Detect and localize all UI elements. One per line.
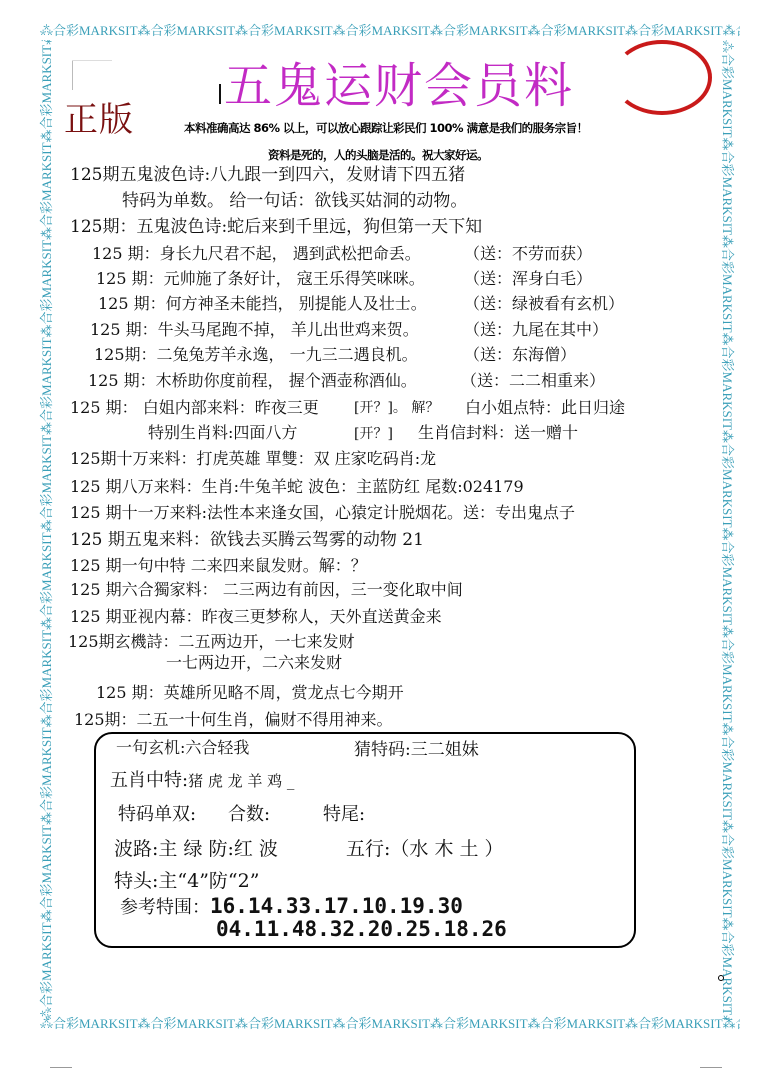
subtitle-motto: 资料是死的，人的头脑是活的。祝大家好运。 <box>268 147 488 163</box>
watermark-border-right: ⁂合彩MARKSIT⁂合彩MARKSIT⁂合彩MARKSIT⁂合彩MARKSIT… <box>718 40 736 1020</box>
parity-label: 特码单双: <box>118 804 196 825</box>
version-label: 正版 <box>64 92 134 141</box>
text-line: 125期：五鬼波色诗:蛇后来到千里远，狗但第一天下知 <box>70 217 482 237</box>
parity-row: 特码单双: <box>118 800 196 826</box>
reference-row: 参考特围：16.14.33.17.10.19.30 <box>120 893 463 919</box>
text-line: 125 期：身长九尺君不起， 遇到武松把命丢。 <box>92 244 421 264</box>
guess-row: 猜特码:三二姐妹 <box>354 735 479 760</box>
crop-mark-bottom-left <box>50 1067 72 1068</box>
head-row: 特头:主“4”防“2” <box>114 866 259 893</box>
reference-label: 参考特围： <box>120 897 210 918</box>
head-label: 特头: <box>114 870 158 892</box>
text-line-aside: （送：不劳而获） <box>464 244 592 264</box>
text-line-aside: （送：浑身白毛） <box>464 269 592 289</box>
text-line: 125期五鬼波色诗:八九跟一到四六，发财请下四五猪 <box>70 165 465 185</box>
text-line-aside: 白小姐点特：此日归途 <box>465 398 625 418</box>
text-line: 125 期：何方神圣未能挡， 别提能人及壮士。 <box>98 294 427 314</box>
wave-label: 波路: <box>114 838 158 860</box>
text-line-aside: （送：二二相重来） <box>461 371 605 391</box>
wave-value: 主 绿 防:红 波 <box>158 838 278 860</box>
head-value: 主“4”防“2” <box>158 870 259 892</box>
text-line: 特别生肖料:四面八方 <box>148 423 297 443</box>
five-zodiac-label: 五肖中特: <box>110 770 188 791</box>
text-line: 125 期亚视内幕：昨夜三更梦称人，天外直送黄金来 <box>70 607 442 627</box>
elements-label: 五行: <box>346 838 390 860</box>
text-line: 125 期：英雄所见略不周，赏龙点七今期开 <box>96 683 404 703</box>
page-title: 五鬼运财会员料 <box>224 58 574 114</box>
elements-row: 五行:（水 木 土 ） <box>346 834 504 861</box>
text-line: 125 期：木桥助你度前程， 握个酒壶称酒仙。 <box>88 371 417 391</box>
wave-row: 波路:主 绿 防:红 波 <box>114 834 278 861</box>
text-line: 125 期十一万来料:法性本来逢女国，心猿定计脱烟花。送：专出鬼点子 <box>70 503 575 523</box>
text-line: 125 期一句中特 二来四来鼠发财。解：？ <box>70 556 367 576</box>
reference-numbers-row2: 04.11.48.32.20.25.18.26 <box>216 917 507 941</box>
text-line-aside: 生肖信封料：送一赠十 <box>418 423 578 443</box>
reference-numbers-row1: 16.14.33.17.10.19.30 <box>210 894 463 918</box>
text-line: 125 期：元帅施了条好计， 寇王乐得笑咪咪。 <box>96 269 425 289</box>
tail-label: 特尾: <box>323 804 365 825</box>
text-line: 125 期六合獨家料： 二三两边有前因，三一变化取中间 <box>70 580 463 600</box>
text-line-mid: [开？]。 解？ <box>354 398 439 418</box>
tail-row: 特尾: <box>323 800 365 826</box>
sum-label: 合数: <box>228 804 270 825</box>
document-page: ⁂合彩MARKSIT⁂合彩MARKSIT⁂合彩MARKSIT⁂合彩MARKSIT… <box>0 0 774 1083</box>
text-line: 125期玄機詩：二五两边开，一七来发财 <box>68 632 355 652</box>
text-line-aside: （送：九尾在其中） <box>464 320 608 340</box>
decorative-line <box>72 60 112 61</box>
guess-value: 三二姐妹 <box>411 740 479 760</box>
text-line: 特码为单数。 给一句话：欲钱买姑洞的动物。 <box>122 191 467 211</box>
subtitle-accuracy: 本料准确高达 86% 以上，可以放心跟踪让彩民们 100% 满意是我们的服务宗旨… <box>184 120 588 136</box>
elements-value: （水 木 土 ） <box>390 838 503 860</box>
text-line: 125期：二兔兔芳羊永逸， 一九三二遇良机。 <box>94 345 418 365</box>
small-circle-icon <box>718 975 724 981</box>
text-line-aside: （送：东海僧） <box>464 345 576 365</box>
text-cursor <box>219 84 221 104</box>
riddle-label: 一句玄机: <box>116 738 185 757</box>
text-line: 125期十万来料：打虎英雄 單雙：双 庄家吃码肖:龙 <box>70 449 436 469</box>
text-line: 125 期八万来料：生肖:牛兔羊蛇 波色：主蓝防红 尾数:024179 <box>70 477 524 497</box>
text-line: 125期：二五一十何生肖，偏财不得用神来。 <box>74 710 393 730</box>
five-zodiac-value: 猪 虎 龙 羊 鸡 _ <box>188 772 294 790</box>
sum-row: 合数: <box>228 800 270 826</box>
watermark-border-top: ⁂合彩MARKSIT⁂合彩MARKSIT⁂合彩MARKSIT⁂合彩MARKSIT… <box>40 22 740 40</box>
riddle-value: 六合轻我 <box>185 738 249 757</box>
five-zodiac-row: 五肖中特:猪 虎 龙 羊 鸡 _ <box>110 766 294 792</box>
text-line: 一七两边开，二六来发财 <box>166 653 342 673</box>
text-line: 125 期：牛头马尾跑不掉， 羊儿出世鸡来贺。 <box>90 320 419 340</box>
red-stamp-icon <box>612 40 712 115</box>
riddle-row: 一句玄机:六合轻我 <box>116 735 249 758</box>
text-line-mid: [开？] <box>354 424 393 444</box>
watermark-border-bottom: ⁂合彩MARKSIT⁂合彩MARKSIT⁂合彩MARKSIT⁂合彩MARKSIT… <box>40 1015 740 1033</box>
text-line: 125 期： 白姐内部来料：昨夜三更 <box>70 398 319 418</box>
crop-mark-bottom-right <box>700 1067 722 1068</box>
watermark-border-left: ⁂合彩MARKSIT⁂合彩MARKSIT⁂合彩MARKSIT⁂合彩MARKSIT… <box>38 40 56 1020</box>
text-line-aside: （送：绿被看有玄机） <box>464 294 624 314</box>
decorative-line <box>72 60 73 90</box>
guess-label: 猜特码: <box>354 740 411 760</box>
text-line: 125 期五鬼来料：欲钱去买腾云驾雾的动物 21 <box>70 530 424 550</box>
